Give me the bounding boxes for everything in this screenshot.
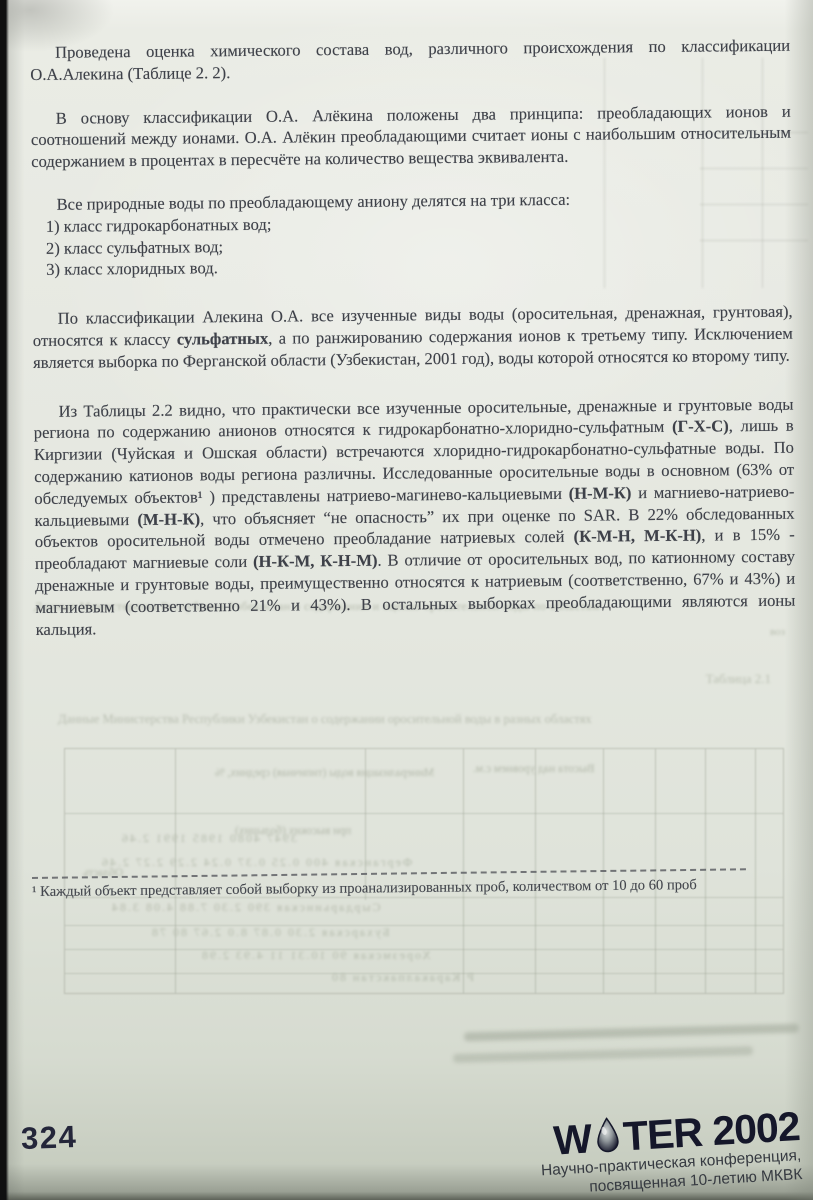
ghost-smudge [464, 1024, 799, 1042]
ghost-row: Бухарская 2.30 0.87 8.0 2.67 80 78 [150, 925, 390, 940]
water-drop-icon [594, 1117, 621, 1154]
text-run: В основу классификации О.А. Алёкина поло… [31, 101, 791, 171]
ghost-row: Хорезмская 90 10.31 11 4.93 2.98 [200, 948, 431, 963]
document-text: Проведена оценка химического состава вод… [30, 35, 796, 641]
ghost-line [65, 813, 783, 814]
ghost-table-reference: Таблица 2.1 [706, 671, 771, 687]
bold-term: (К-М-Н, М-К-Н) [574, 526, 702, 546]
ghost-row: 3947 4080 1985 1991 2.46 [120, 831, 297, 846]
ghost-caption: Данные Министерства Республики Узбекиста… [58, 712, 782, 727]
bold-term: сульфатных [177, 329, 269, 349]
water-2002-logo: W TER 2002 Научно-практическая конференц… [539, 1106, 804, 1199]
paragraph-table-analysis: Из Таблицы 2.2 видно, что практически вс… [33, 393, 795, 640]
bold-term: (Г-Х-С) [672, 417, 729, 437]
scanned-document-page: Данные Министерства Республики Узбекиста… [0, 0, 813, 1200]
paragraph-classification-principles: В основу классификации О.А. Алёкина поло… [31, 100, 792, 173]
page-number: 324 [20, 1119, 77, 1157]
ghost-line [705, 749, 706, 993]
text-run: Проведена оценка химического состава вод… [30, 36, 790, 84]
bold-term: (М-Н-К) [137, 509, 200, 529]
ghost-line [755, 749, 756, 993]
ghost-row: Сырдарьинская 390 2.30 7.88 4.08 3.84 [110, 900, 380, 915]
ghost-header: Минерализация воды (типичная) средних, % [215, 767, 434, 779]
logo-text-w: W [553, 1118, 593, 1160]
ghost-smudge [453, 1046, 753, 1063]
ghost-line [175, 749, 176, 993]
anion-class-list: Все природные воды по преобладающему ани… [31, 187, 792, 281]
ghost-row: Ферганская 400 0.25 0.37 0.24 2.29 2.27 … [100, 855, 412, 870]
paragraph-intro: Проведена оценка химического состава вод… [30, 35, 790, 86]
ghost-header: Высота над уровнем с.м. [473, 763, 594, 775]
bold-term: (Н-К-М, К-Н-М) [253, 551, 378, 571]
paragraph-sulfate-class: По классификации Алекина О.А. все изучен… [33, 301, 794, 374]
ghost-row: Р Каракалпакстан 80 [330, 970, 474, 985]
bold-term: (Н-М-К) [569, 483, 632, 503]
